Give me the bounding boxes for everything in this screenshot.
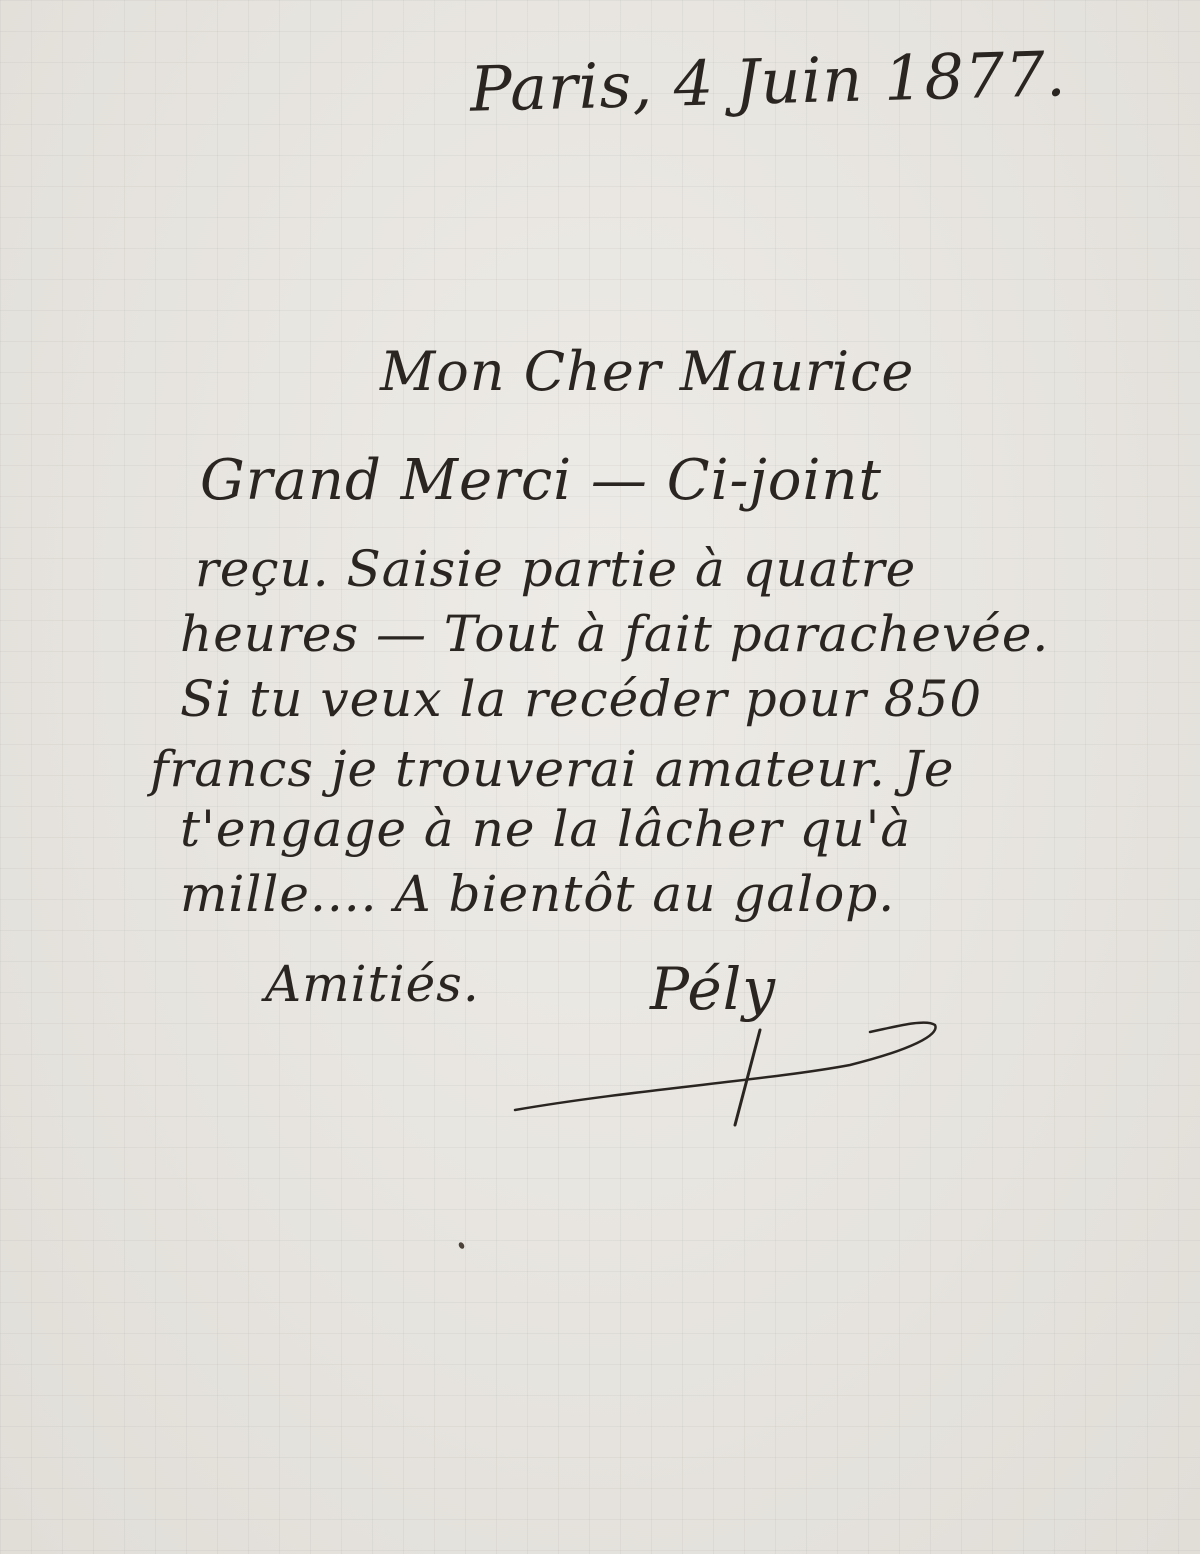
signature-flourish-icon: [510, 1010, 950, 1130]
closing: Amitiés.: [265, 955, 480, 1013]
letter-page: Paris, 4 Juin 1877. Mon Cher Maurice Gra…: [0, 0, 1200, 1554]
ink-speck: [458, 1241, 466, 1250]
body-line: Si tu veux la recéder pour 850: [180, 670, 982, 728]
place-date: Paris, 4 Juin 1877.: [469, 37, 1067, 126]
body-line: t'engage à ne la lâcher qu'à: [180, 800, 911, 858]
body-line: mille.... A bientôt au galop.: [180, 865, 895, 923]
body-line: francs je trouverai amateur. Je: [150, 740, 954, 798]
salutation: Mon Cher Maurice: [380, 340, 914, 403]
body-line: reçu. Saisie partie à quatre: [195, 540, 916, 598]
body-line: heures — Tout à fait parachevée.: [180, 605, 1049, 663]
body-line: Grand Merci — Ci-joint: [200, 448, 882, 513]
